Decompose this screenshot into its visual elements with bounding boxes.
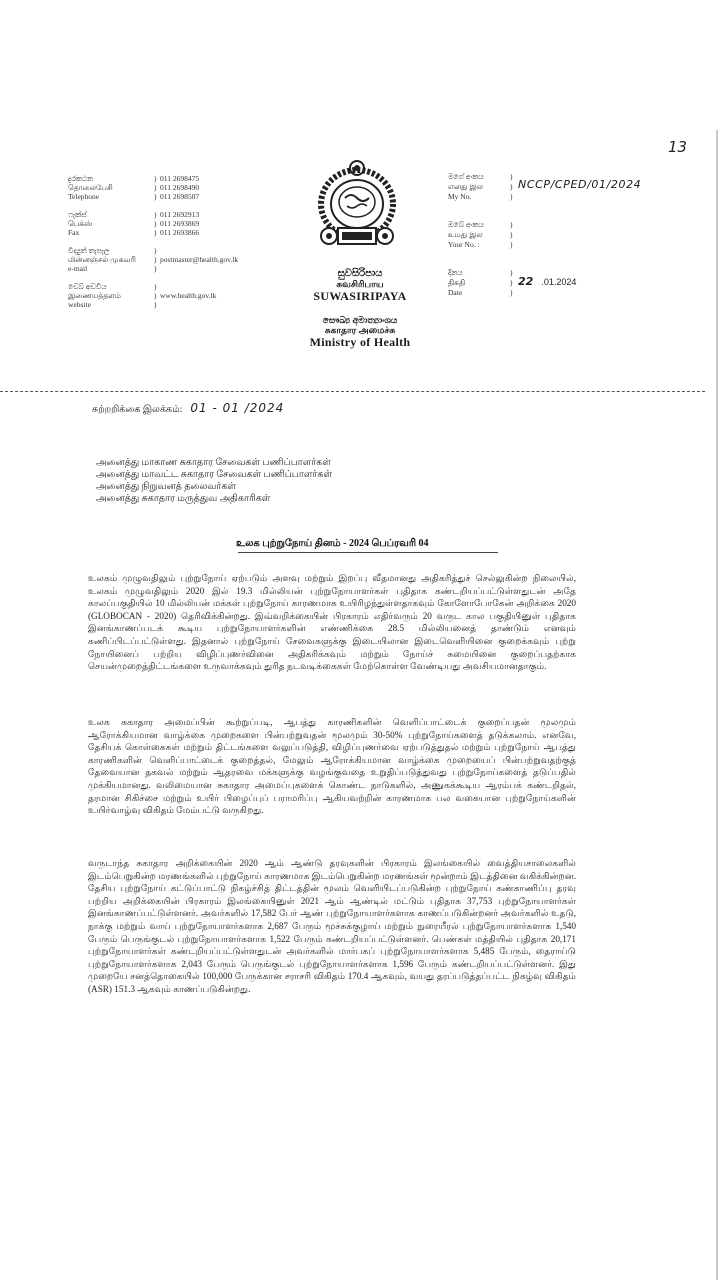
contact-label: பெக்ஸ் xyxy=(68,219,154,228)
ref-label: எனது இல xyxy=(448,182,510,192)
ref-label: ඔබේ අංකය xyxy=(448,220,510,230)
contact-value: 011 2698475 xyxy=(160,174,199,183)
contact-value: 011 2692913 xyxy=(160,210,199,219)
contact-label: இணையத்தளம் xyxy=(68,291,154,300)
circular-number-label: சுற்றறிக்கை இலக்கம்: xyxy=(92,405,182,415)
body-paragraph: உலகம் முழுவதிலும் புற்றுநோய் ஏற்படும் அள… xyxy=(88,572,576,673)
contact-value: 011 2698490 xyxy=(160,183,199,192)
contact-group-website: වෙබ් අඩවිය) இணையத்தளம்)www.health.gov.lk… xyxy=(68,282,308,309)
ministry-name-tamil: சுவசிரிபாய xyxy=(292,279,428,289)
body-paragraph: உலக சுகாதார அமைப்பின் கூற்றுப்படி, ஆபத்த… xyxy=(88,716,576,817)
addressee-list: அனைத்து மாகாண சுகாதார சேவைகள் பணிப்பாளர்… xyxy=(96,457,332,505)
ministry-health-sinhala: සෞඛ්‍ය අමාත්‍යාංශය xyxy=(292,315,428,325)
contact-label: தொலைபேசி xyxy=(68,183,154,192)
contact-label: Fax xyxy=(68,228,154,237)
contact-label: மின்னஞ்சல் முகவரி xyxy=(68,255,154,264)
contact-label: විද්‍යුත් තැපෑල xyxy=(68,246,154,255)
contact-label: website xyxy=(68,300,154,309)
contact-value: 011 2698507 xyxy=(160,192,199,201)
sri-lanka-emblem-icon xyxy=(312,158,402,250)
my-number-value: NCCP/CPED/01/2024 xyxy=(518,180,641,192)
date-group: දිනය) திகதி)22.01.2024 Date) xyxy=(448,268,718,298)
contact-group-email: විද්‍යුත් තැපෑල) மின்னஞ்சல் முகவரி)postm… xyxy=(68,246,308,273)
website-link[interactable]: www.health.gov.lk xyxy=(160,291,216,300)
contact-label: ෆැක්ස් xyxy=(68,210,154,219)
addressee: அனைத்து மாகாண சுகாதார சேவைகள் பணிப்பாளர்… xyxy=(96,457,332,469)
my-number-group: මගේ අංකය) எனது இல)NCCP/CPED/01/2024 My N… xyxy=(448,172,718,202)
ref-label: உமது இல xyxy=(448,230,510,240)
paragraph-continuation: தேசிய புற்றுநோய் கட்டுப்பாட்டு நிகழ்ச்சி… xyxy=(88,883,576,994)
addressee: அனைத்து மாவட்ட சுகாதார சேவைகள் பணிப்பாளர… xyxy=(96,469,332,481)
addressee: அனைத்து நிறுவனத் தலைவர்கள் xyxy=(96,481,332,493)
paragraph-lead: வருடாந்த சுகாதார அறிக்கையின் 2020 ஆம் ஆண… xyxy=(88,858,576,881)
contact-value: 011 2693866 xyxy=(160,228,199,237)
ministry-health-english: Ministry of Health xyxy=(292,335,428,349)
contact-label: වෙබ් අඩවිය xyxy=(68,282,154,291)
ministry-name-english: SUWASIRIPAYA xyxy=(292,289,428,303)
ref-label: Date xyxy=(448,288,510,298)
ref-label: Your No. : xyxy=(448,240,510,250)
addressee: அனைத்து சுகாதார மருத்துவ அதிகாரிகள் xyxy=(96,493,332,505)
your-number-group: ඔබේ අංකය) உமது இல) Your No. :) xyxy=(448,220,718,250)
contact-label: e-mail xyxy=(68,264,154,273)
header-divider xyxy=(0,391,705,392)
ref-label: திகதி xyxy=(448,278,510,288)
contact-group-telephone: දුරකථන)011 2698475 தொலைபேசி)011 2698490 … xyxy=(68,174,308,201)
ministry-title: සුවසිරිපාය சுவசிரிபாய SUWASIRIPAYA සෞඛ්‍… xyxy=(292,268,428,349)
page-number: 13 xyxy=(668,138,687,156)
document-page: 13 දුරකථන)011 2698475 தொலைபேசி)011 26984… xyxy=(0,0,720,1280)
subject-heading: உலக புற்றுநோய் தினம் - 2024 பெப்ரவரி 04 xyxy=(236,538,429,550)
ref-label: මගේ අංකය xyxy=(448,172,510,182)
body-paragraph: வருடாந்த சுகாதார அறிக்கையின் 2020 ஆம் ஆண… xyxy=(88,857,576,996)
subject-underline xyxy=(238,552,498,553)
contact-group-fax: ෆැක්ස්)011 2692913 பெக்ஸ்)011 2693869 Fa… xyxy=(68,210,308,237)
contact-label: දුරකථන xyxy=(68,174,154,183)
circular-number-value: 01 - 01 /2024 xyxy=(190,401,284,415)
email-link[interactable]: postmaster@health.gov.lk xyxy=(160,255,238,264)
contact-block: දුරකථන)011 2698475 தொலைபேசி)011 2698490 … xyxy=(68,174,308,318)
date-value: 22.01.2024 xyxy=(518,277,576,288)
ministry-health-tamil: சுகாதார அமைச்சு xyxy=(292,325,428,335)
ref-label: දිනය xyxy=(448,268,510,278)
circular-number: சுற்றறிக்கை இலக்கம்:01 - 01 /2024 xyxy=(92,401,284,416)
contact-label: Telephone xyxy=(68,192,154,201)
date-month-year: .01.2024 xyxy=(541,277,576,287)
reference-block: මගේ අංකය) எனது இல)NCCP/CPED/01/2024 My N… xyxy=(448,172,718,316)
ref-label: My No. xyxy=(448,192,510,202)
date-day-handwritten: 22 xyxy=(518,275,533,288)
ministry-name-sinhala: සුවසිරිපාය xyxy=(292,268,428,279)
contact-value: 011 2693869 xyxy=(160,219,199,228)
